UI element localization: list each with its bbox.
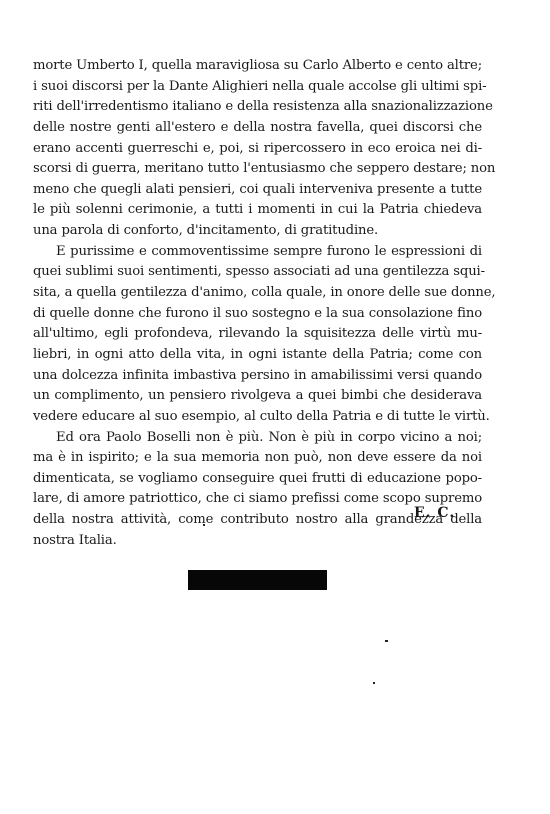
text-line: quei sublimi suoi sentimenti, spesso ass…: [33, 262, 482, 283]
text-line: una dolcezza infinita imbastiva persino …: [33, 366, 482, 387]
body-text: morte Umberto I, quella maravigliosa su …: [33, 56, 482, 551]
paragraph-start-line: Ed ora Paolo Boselli non è più. Non è pi…: [33, 428, 482, 449]
text-line: sita, a quella gentilezza d'animo, colla…: [33, 283, 482, 304]
text-line: ma è in ispirito; e la sua memoria non p…: [33, 448, 482, 469]
text-line: meno che quegli alati pensieri, coi qual…: [33, 180, 482, 201]
author-signature: E. C.: [414, 505, 455, 521]
scan-speck: [385, 640, 388, 642]
paragraph-start-line: E purissime e commoventissime sempre fur…: [33, 242, 482, 263]
text-line: scorsi di guerra, meritano tutto l'entus…: [33, 159, 482, 180]
text-line: vedere educare al suo esempio, al culto …: [33, 407, 482, 428]
scanned-page: morte Umberto I, quella maravigliosa su …: [0, 0, 550, 814]
text-line: erano accenti guerreschi e, poi, si ripe…: [33, 139, 482, 160]
text-line: dimenticata, se vogliamo conseguire quei…: [33, 469, 482, 490]
text-line: i suoi discorsi per la Dante Alighieri n…: [33, 77, 482, 98]
scan-speck: [203, 524, 205, 526]
text-line: di quelle donne che furono il suo sosteg…: [33, 304, 482, 325]
text-line: le più solenni cerimonie, a tutti i mome…: [33, 200, 482, 221]
text-line: nostra Italia.: [33, 531, 482, 552]
text-line: riti dell'irredentismo italiano e della …: [33, 97, 482, 118]
text-line: una parola di conforto, d'incitamento, d…: [33, 221, 482, 242]
scan-speck: [373, 682, 375, 684]
text-line: morte Umberto I, quella maravigliosa su …: [33, 56, 482, 77]
text-line: un complimento, un pensiero rivolgeva a …: [33, 386, 482, 407]
redaction-bar: [188, 570, 327, 590]
text-line: liebri, in ogni atto della vita, in ogni…: [33, 345, 482, 366]
text-line: delle nostre genti all'estero e della no…: [33, 118, 482, 139]
text-line: all'ultimo, egli profondeva, rilevando l…: [33, 324, 482, 345]
